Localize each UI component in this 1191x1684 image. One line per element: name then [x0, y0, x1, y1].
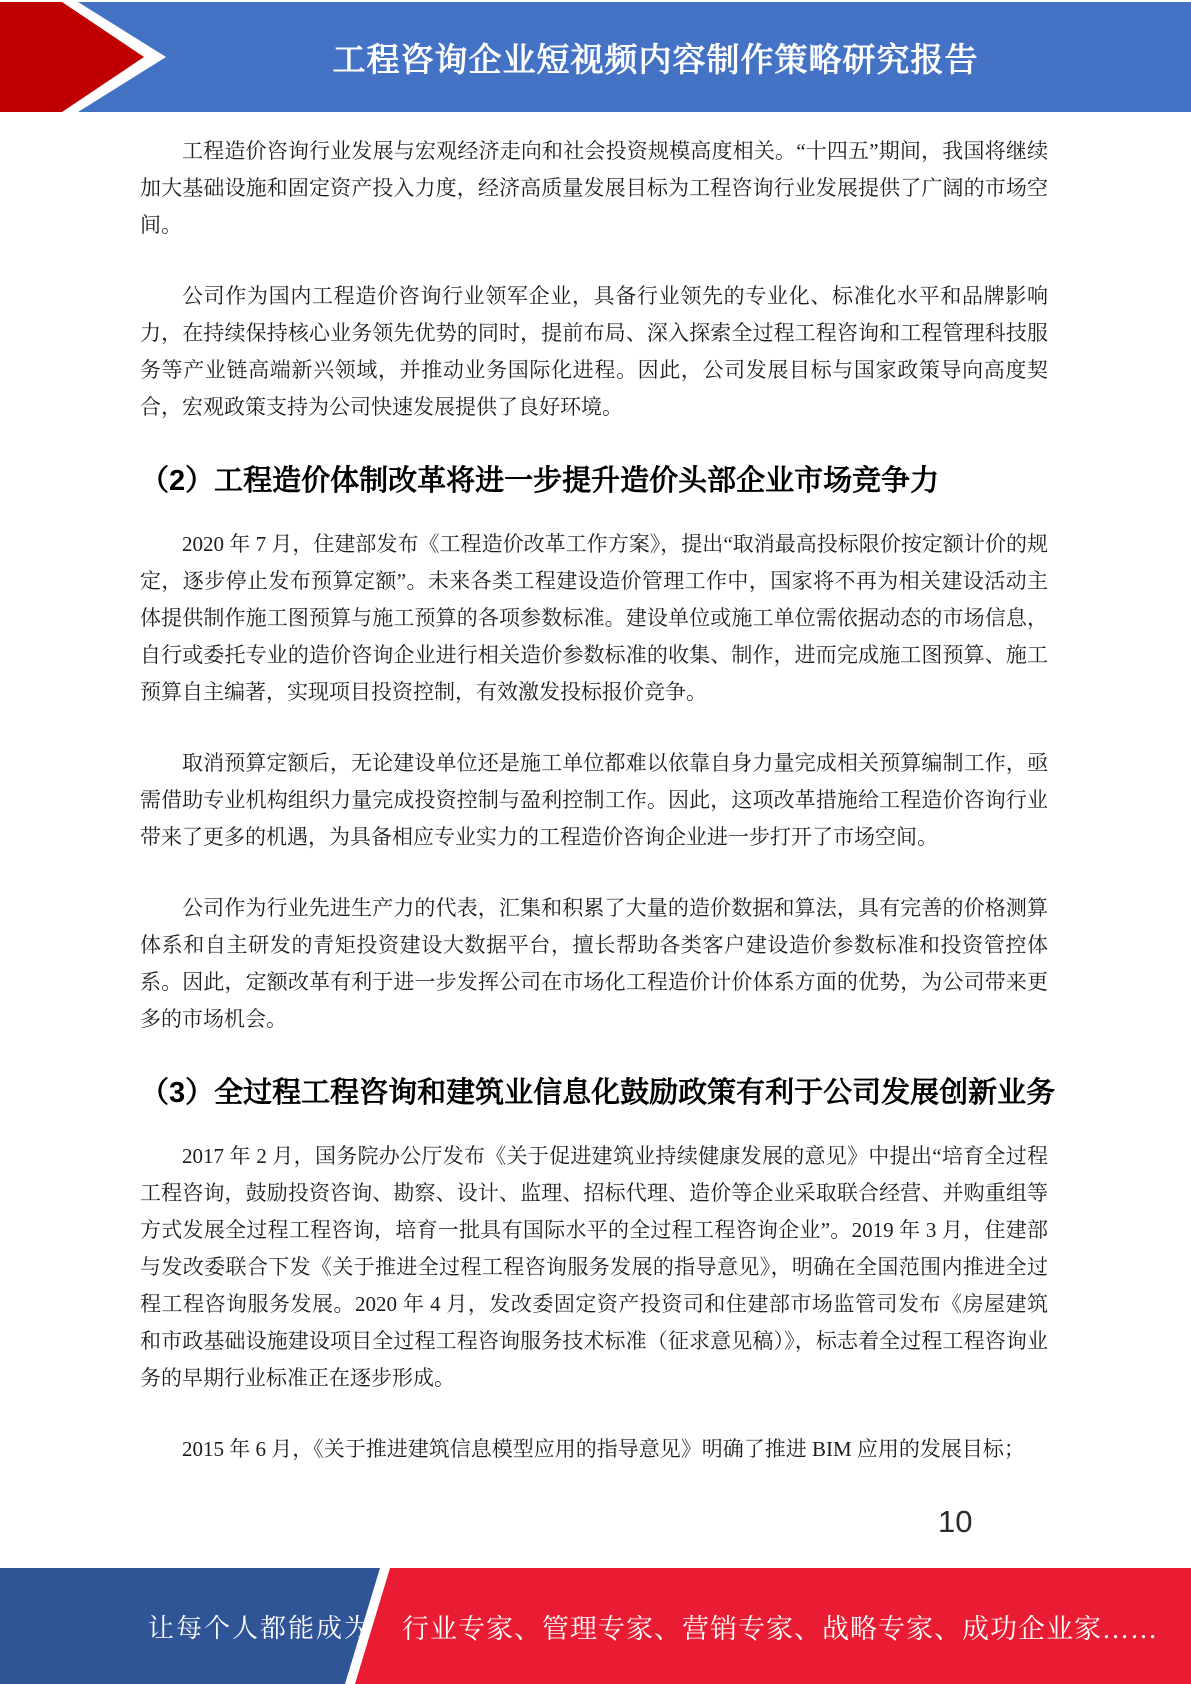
report-title: 工程咨询企业短视频内容制作策略研究报告: [180, 2, 1131, 112]
red-chevron-icon: [0, 2, 150, 112]
report-page: 工程咨询企业短视频内容制作策略研究报告 工程造价咨询行业发展与宏观经济走向和社会…: [0, 0, 1191, 1684]
paragraph-3: 2020 年 7 月，住建部发布《工程造价改革工作方案》，提出“取消最高投标限价…: [140, 526, 1048, 711]
footer-banner: 让每个人都能成为 行业专家、管理专家、营销专家、战略专家、成功企业家……: [0, 1568, 1191, 1684]
paragraph-2: 公司作为国内工程造价咨询行业领军企业，具备行业领先的专业化、标准化水平和品牌影响…: [140, 278, 1048, 426]
section-heading-2: （2）工程造价体制改革将进一步提升造价头部企业市场竞争力: [140, 460, 1048, 502]
paragraph-4: 取消预算定额后，无论建设单位还是施工单位都难以依靠自身力量完成相关预算编制工作，…: [140, 745, 1048, 856]
page-number: 10: [938, 1504, 972, 1540]
footer-slogan-right: 行业专家、管理专家、营销专家、战略专家、成功企业家……: [402, 1568, 1158, 1684]
footer-slogan-left: 让每个人都能成为: [148, 1568, 372, 1684]
paragraph-1: 工程造价咨询行业发展与宏观经济走向和社会投资规模高度相关。“十四五”期间，我国将…: [140, 133, 1048, 244]
paragraph-5: 公司作为行业先进生产力的代表，汇集和积累了大量的造价数据和算法，具有完善的价格测…: [140, 890, 1048, 1038]
paragraph-7: 2015 年 6 月，《关于推进建筑信息模型应用的指导意见》明确了推进 BIM …: [140, 1431, 1048, 1468]
header-banner: 工程咨询企业短视频内容制作策略研究报告: [0, 2, 1191, 112]
document-body: 工程造价咨询行业发展与宏观经济走向和社会投资规模高度相关。“十四五”期间，我国将…: [140, 112, 1048, 1502]
paragraph-6: 2017 年 2 月，国务院办公厅发布《关于促进建筑业持续健康发展的意见》中提出…: [140, 1138, 1048, 1397]
section-heading-3: （3）全过程工程咨询和建筑业信息化鼓励政策有利于公司发展创新业务: [140, 1072, 1048, 1114]
